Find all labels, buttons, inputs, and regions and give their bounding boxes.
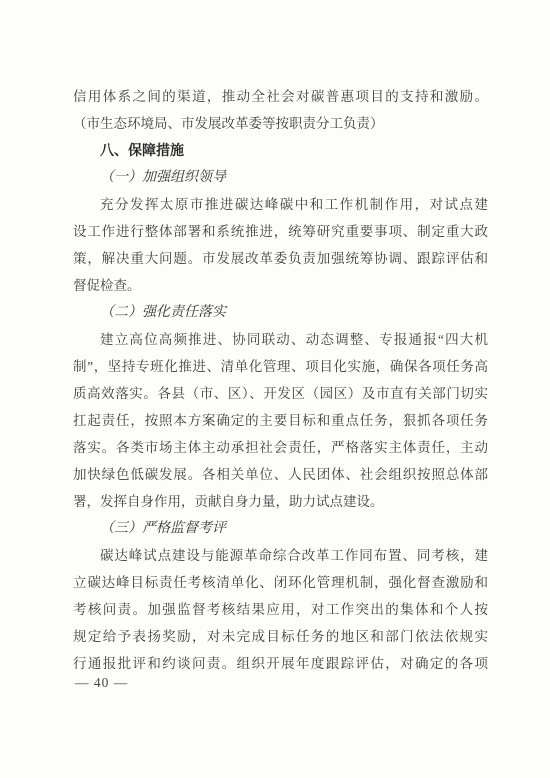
document-page: 信用体系之间的渠道，推动全社会对碳普惠项目的支持和激励。 （市生态环境局、市发展… xyxy=(0,0,550,778)
text-line: 质高效落实。各县（市、区）、开发区（园区）及市直有关部门切实 xyxy=(73,380,488,407)
text-line: 信用体系之间的渠道，推动全社会对碳普惠项目的支持和激励。 xyxy=(73,83,488,110)
text-line: 加快绿色低碳发展。各相关单位、人民团体、社会组织按照总体部 xyxy=(73,461,488,488)
document-body: 信用体系之间的渠道，推动全社会对碳普惠项目的支持和激励。 （市生态环境局、市发展… xyxy=(73,83,488,677)
text-line: 考核问责。加强监督考核结果应用，对工作突出的集体和个人按 xyxy=(73,596,488,623)
text-line: 行通报批评和约谈问责。组织开展年度跟踪评估，对确定的各项 xyxy=(73,650,488,677)
text-line: 落实。各类市场主体主动承担社会责任，严格落实主体责任，主动 xyxy=(73,434,488,461)
text-line: 建立高位高频推进、协同联动、动态调整、专报通报“四大机 xyxy=(73,326,488,353)
text-line: 策，解决重大问题。市发展改革委负责加强统筹协调、跟踪评估和 xyxy=(73,245,488,272)
text-line: 设工作进行整体部署和系统推进，统筹研究重要事项、制定重大政 xyxy=(73,218,488,245)
text-line: 碳达峰试点建设与能源革命综合改革工作同布置、同考核，建 xyxy=(73,542,488,569)
text-line: 制”，坚持专班化推进、清单化管理、项目化实施，确保各项任务高 xyxy=(73,353,488,380)
text-line: 扛起责任，按照本方案确定的主要目标和重点任务，狠抓各项任务 xyxy=(73,407,488,434)
page-number: — 40 — xyxy=(75,669,128,696)
text-line: 充分发挥太原市推进碳达峰碳中和工作机制作用，对试点建 xyxy=(73,191,488,218)
subsection-heading: （三）严格监督考评 xyxy=(73,515,488,542)
subsection-heading: （二）强化责任落实 xyxy=(73,299,488,326)
text-line: 立碳达峰目标责任考核清单化、闭环化管理机制，强化督查激励和 xyxy=(73,569,488,596)
text-line: 规定给予表扬奖励，对未完成目标任务的地区和部门依法依规实 xyxy=(73,623,488,650)
text-line: （市生态环境局、市发展改革委等按职责分工负责） xyxy=(73,110,488,137)
section-heading: 八、保障措施 xyxy=(73,137,488,164)
text-line: 督促检查。 xyxy=(73,272,488,299)
text-line: 署，发挥自身作用，贡献自身力量，助力试点建设。 xyxy=(73,488,488,515)
subsection-heading: （一）加强组织领导 xyxy=(73,164,488,191)
